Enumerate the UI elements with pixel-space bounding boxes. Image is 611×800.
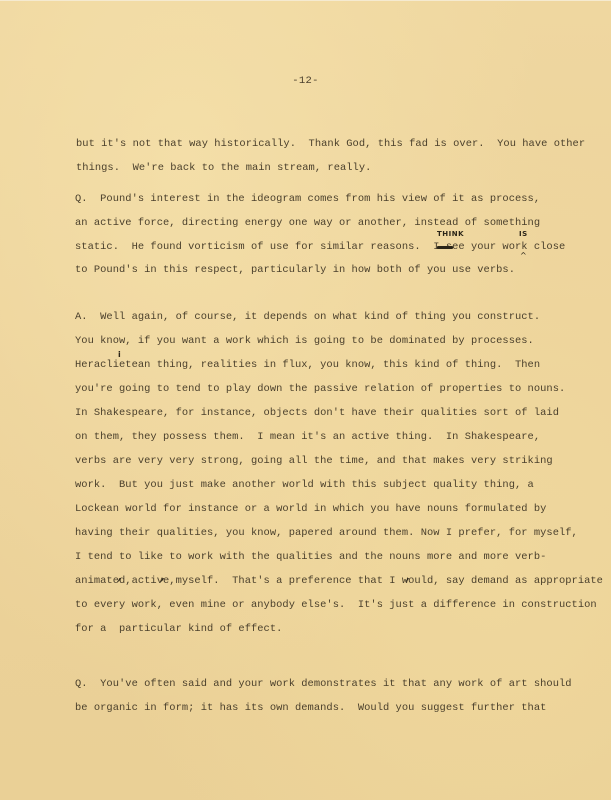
text-line: Lockean world for instance or a world in…	[75, 503, 546, 515]
text-line: having their qualities, you know, papere…	[75, 527, 578, 539]
text-line: be organic in form; it has its own deman…	[75, 702, 546, 714]
handwritten-insert-i: i	[118, 350, 121, 359]
text-line: on them, they possess them. I mean it's …	[75, 431, 540, 443]
text-line: Heraclietean thing, realities in flux, y…	[75, 359, 540, 371]
question-line: Q. You've often said and your work demon…	[75, 678, 572, 690]
answer-line: A. Well again, of course, it depends on …	[75, 311, 540, 323]
text-line: you're going to tend to play down the pa…	[75, 383, 565, 395]
handwritten-insert-is: IS	[519, 230, 528, 238]
handwritten-comma-mark: ,	[117, 565, 122, 584]
text-line: You know, if you want a work which is go…	[75, 335, 534, 347]
text-line: things. We're back to the main stream, r…	[76, 162, 371, 174]
text-line: to every work, even mine or anybody else…	[75, 599, 597, 611]
text-line: but it's not that way historically. Than…	[76, 138, 585, 150]
text-line: I tend to like to work with the qualitie…	[75, 551, 546, 563]
strikethrough-mark	[437, 246, 453, 249]
text-line: work. But you just make another world wi…	[75, 479, 534, 491]
text-line: to Pound's in this respect, particularly…	[75, 264, 515, 276]
text-line: an active force, directing energy one wa…	[75, 217, 540, 229]
handwritten-comma-mark: ,	[160, 565, 165, 584]
handwritten-insert-think: THINK	[437, 230, 464, 238]
text-line: In Shakespeare, for instance, objects do…	[75, 407, 559, 419]
caret-mark: ^	[520, 251, 527, 260]
text-line: verbs are very very strong, going all th…	[75, 455, 553, 467]
text-line: static. He found vorticism of use for si…	[75, 241, 565, 253]
question-line: Q. Pound's interest in the ideogram come…	[75, 193, 540, 205]
text-line: for a particular kind of effect.	[75, 623, 282, 635]
typewritten-page: -12- but it's not that way historically.…	[0, 0, 611, 800]
text-line: animated,active,myself. That's a prefere…	[75, 575, 603, 587]
handwritten-comma-mark: ,	[405, 565, 410, 584]
page-number: -12-	[0, 75, 611, 87]
